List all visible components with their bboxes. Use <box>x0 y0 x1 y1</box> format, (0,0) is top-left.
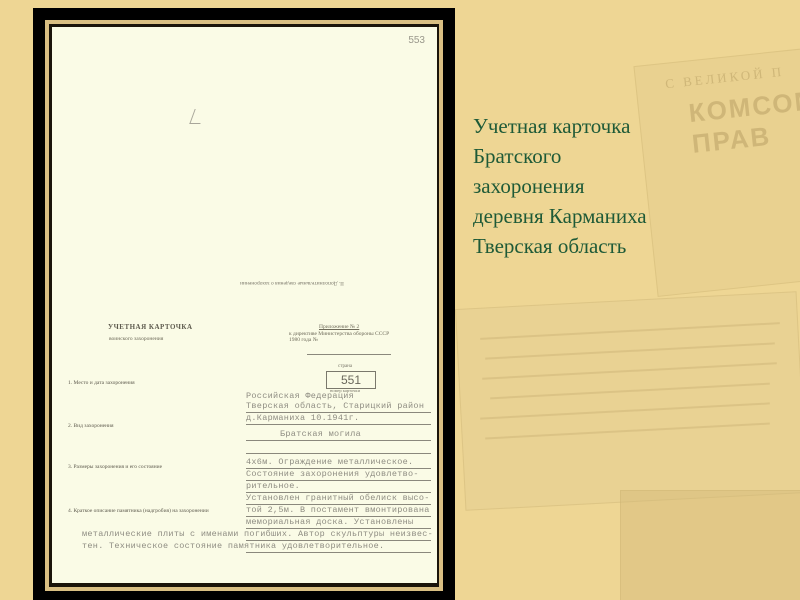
country-label: страна <box>338 364 352 369</box>
burial-record-card: 553 II. Дополнительные сведения о захоро… <box>52 27 437 583</box>
typed-monument-1: Установлен гранитный обелиск высо- <box>246 493 430 503</box>
appendix-line: к директиве Министерства обороны СССР <box>289 331 389 337</box>
typed-size-3: рительное. <box>246 481 300 491</box>
caption-line: захоронения <box>473 171 647 201</box>
typed-region: Тверская область, Старицкий район <box>246 401 424 411</box>
typed-size-2: Состояние захоронения удовлетво- <box>246 469 419 479</box>
field-label-burial-type: 2. Вид захоронения <box>68 423 114 430</box>
card-subtitle: воинского захоронения <box>109 336 163 342</box>
underline <box>246 440 431 441</box>
typed-burial-type: Братская могила <box>280 429 361 439</box>
caption-line: деревня Карманиха <box>473 201 647 231</box>
caption-line: Братского <box>473 141 647 171</box>
card-title: УЧЕТНАЯ КАРТОЧКА <box>108 323 193 331</box>
field-label-place-date: 1. Место и дата захоронения <box>68 380 135 387</box>
inverted-section-heading: II. Дополнительные сведения о захоронени… <box>240 280 344 286</box>
underline <box>246 424 431 425</box>
caption-line: Учетная карточка <box>473 111 647 141</box>
caption-line: Тверская область <box>473 231 647 261</box>
divider <box>307 354 391 355</box>
pen-mark-icon <box>189 109 205 124</box>
underline <box>246 552 431 553</box>
typed-monument-4: металлические плиты с именами погибших. … <box>82 529 433 539</box>
background-photo <box>620 490 800 600</box>
typed-village-date: д.Карманиха 10.1941г. <box>246 413 359 423</box>
field-label-monument: 4. Краткое описание памятника (надгробия… <box>68 508 243 515</box>
page-number: 553 <box>408 35 425 46</box>
typed-country: Российская Федерация <box>246 391 354 401</box>
slide-caption: Учетная карточка Братского захоронения д… <box>473 111 647 261</box>
card-number: 551 <box>326 371 376 389</box>
appendix-note: Приложение № 2 к директиве Министерства … <box>289 324 389 344</box>
typed-monument-5: тен. Техническое состояние памятника удо… <box>82 541 384 551</box>
typed-size-1: 4х6м. Ограждение металлическое. <box>246 457 413 467</box>
appendix-line: 1980 года № <box>289 337 318 343</box>
underline <box>246 453 431 454</box>
typed-monument-3: мемориальная доска. Установлены <box>246 517 413 527</box>
field-label-size-state: 3. Размеры захоронения и его состояние <box>68 464 162 471</box>
typed-monument-2: той 2,5м. В постамент вмонтирована <box>246 505 430 515</box>
